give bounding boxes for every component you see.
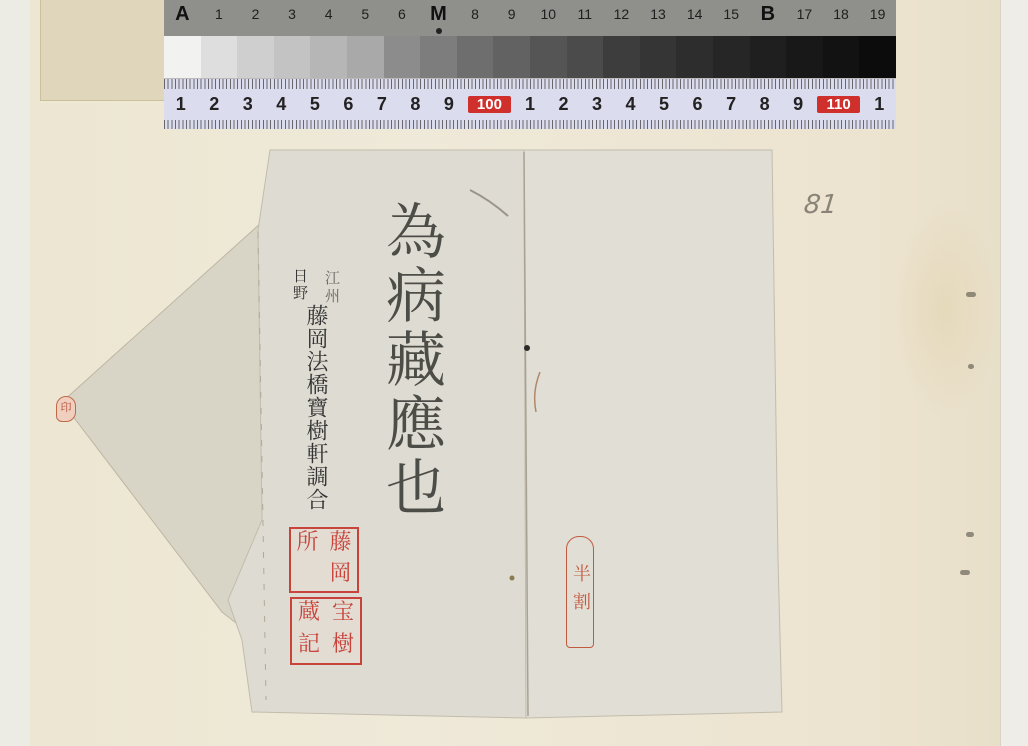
mount-hinge-mark: [960, 570, 970, 575]
seal-char: [291, 560, 324, 591]
seal-char: 宝: [326, 599, 360, 631]
seal-char: 樹: [326, 631, 360, 663]
handwritten-page-number: 81: [802, 190, 838, 220]
mount-hinge-mark: [968, 364, 974, 369]
seal-char: 岡: [324, 560, 357, 591]
sender-place: 日野: [290, 268, 311, 302]
half-split-seal: 半割: [566, 536, 594, 648]
sender-province: 江州: [322, 270, 343, 306]
folded-envelope: 為病藏應也 江州 日野 藤岡法橋寶樹軒調合 所 藤 岡 蔵 宝 記 樹 半割 印: [0, 0, 1028, 746]
mount-hinge-mark: [966, 292, 976, 297]
corner-seal: 印: [56, 396, 76, 422]
red-seal-bottom: 蔵 宝 記 樹: [290, 597, 362, 665]
sender-name: 藤岡法橋寶樹軒調合: [302, 304, 328, 511]
seal-char: 所: [291, 529, 324, 560]
red-seal-top: 所 藤 岡: [289, 527, 359, 593]
seal-char: 記: [292, 631, 326, 663]
envelope-title-calligraphy: 為病藏應也: [360, 200, 456, 520]
seal-char: 藤: [324, 529, 357, 560]
envelope-outline: [0, 0, 1028, 746]
seal-char: 蔵: [292, 599, 326, 631]
mount-hinge-mark: [966, 532, 974, 537]
